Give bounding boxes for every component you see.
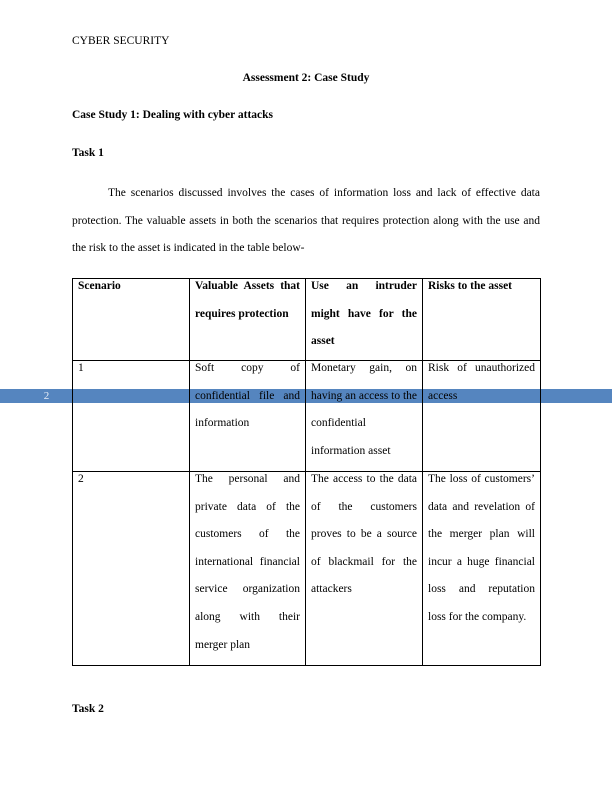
document-title-text: Assessment 2: Case Study xyxy=(243,72,370,84)
cell-risk: The loss of customers’ data and revelati… xyxy=(423,472,541,666)
table-header-row: Scenario Valuable Assets that requires p… xyxy=(73,279,541,361)
table-row: 1 Soft copy of confidential file and inf… xyxy=(73,361,541,472)
header-risks: Risks to the asset xyxy=(423,279,541,361)
cell-scenario: 1 xyxy=(73,361,190,472)
header-intruder-use: Use an intruder might have for the asset xyxy=(306,279,423,361)
running-head: CYBER SECURITY xyxy=(72,35,169,47)
cell-use: The access to the data of the customers … xyxy=(306,472,423,666)
task2-heading: Task 2 xyxy=(72,703,104,715)
cell-asset: The personal and private data of the cus… xyxy=(190,472,306,666)
case-study-heading: Case Study 1: Dealing with cyber attacks xyxy=(72,109,273,121)
table-row: 2 The personal and private data of the c… xyxy=(73,472,541,666)
header-valuable-assets: Valuable Assets that requires protection xyxy=(190,279,306,361)
cell-use: Monetary gain, on having an access to th… xyxy=(306,361,423,472)
cell-scenario: 2 xyxy=(73,472,190,666)
header-scenario: Scenario xyxy=(73,279,190,361)
cell-asset: Soft copy of confidential file and infor… xyxy=(190,361,306,472)
page-number: 2 xyxy=(0,389,93,403)
assets-risk-table: Scenario Valuable Assets that requires p… xyxy=(72,278,541,666)
document-title: Assessment 2: Case Study xyxy=(0,72,612,84)
cell-risk: Risk of unauthorized access xyxy=(423,361,541,472)
task1-heading: Task 1 xyxy=(72,147,104,159)
intro-paragraph: The scenarios discussed involves the cas… xyxy=(72,180,540,263)
